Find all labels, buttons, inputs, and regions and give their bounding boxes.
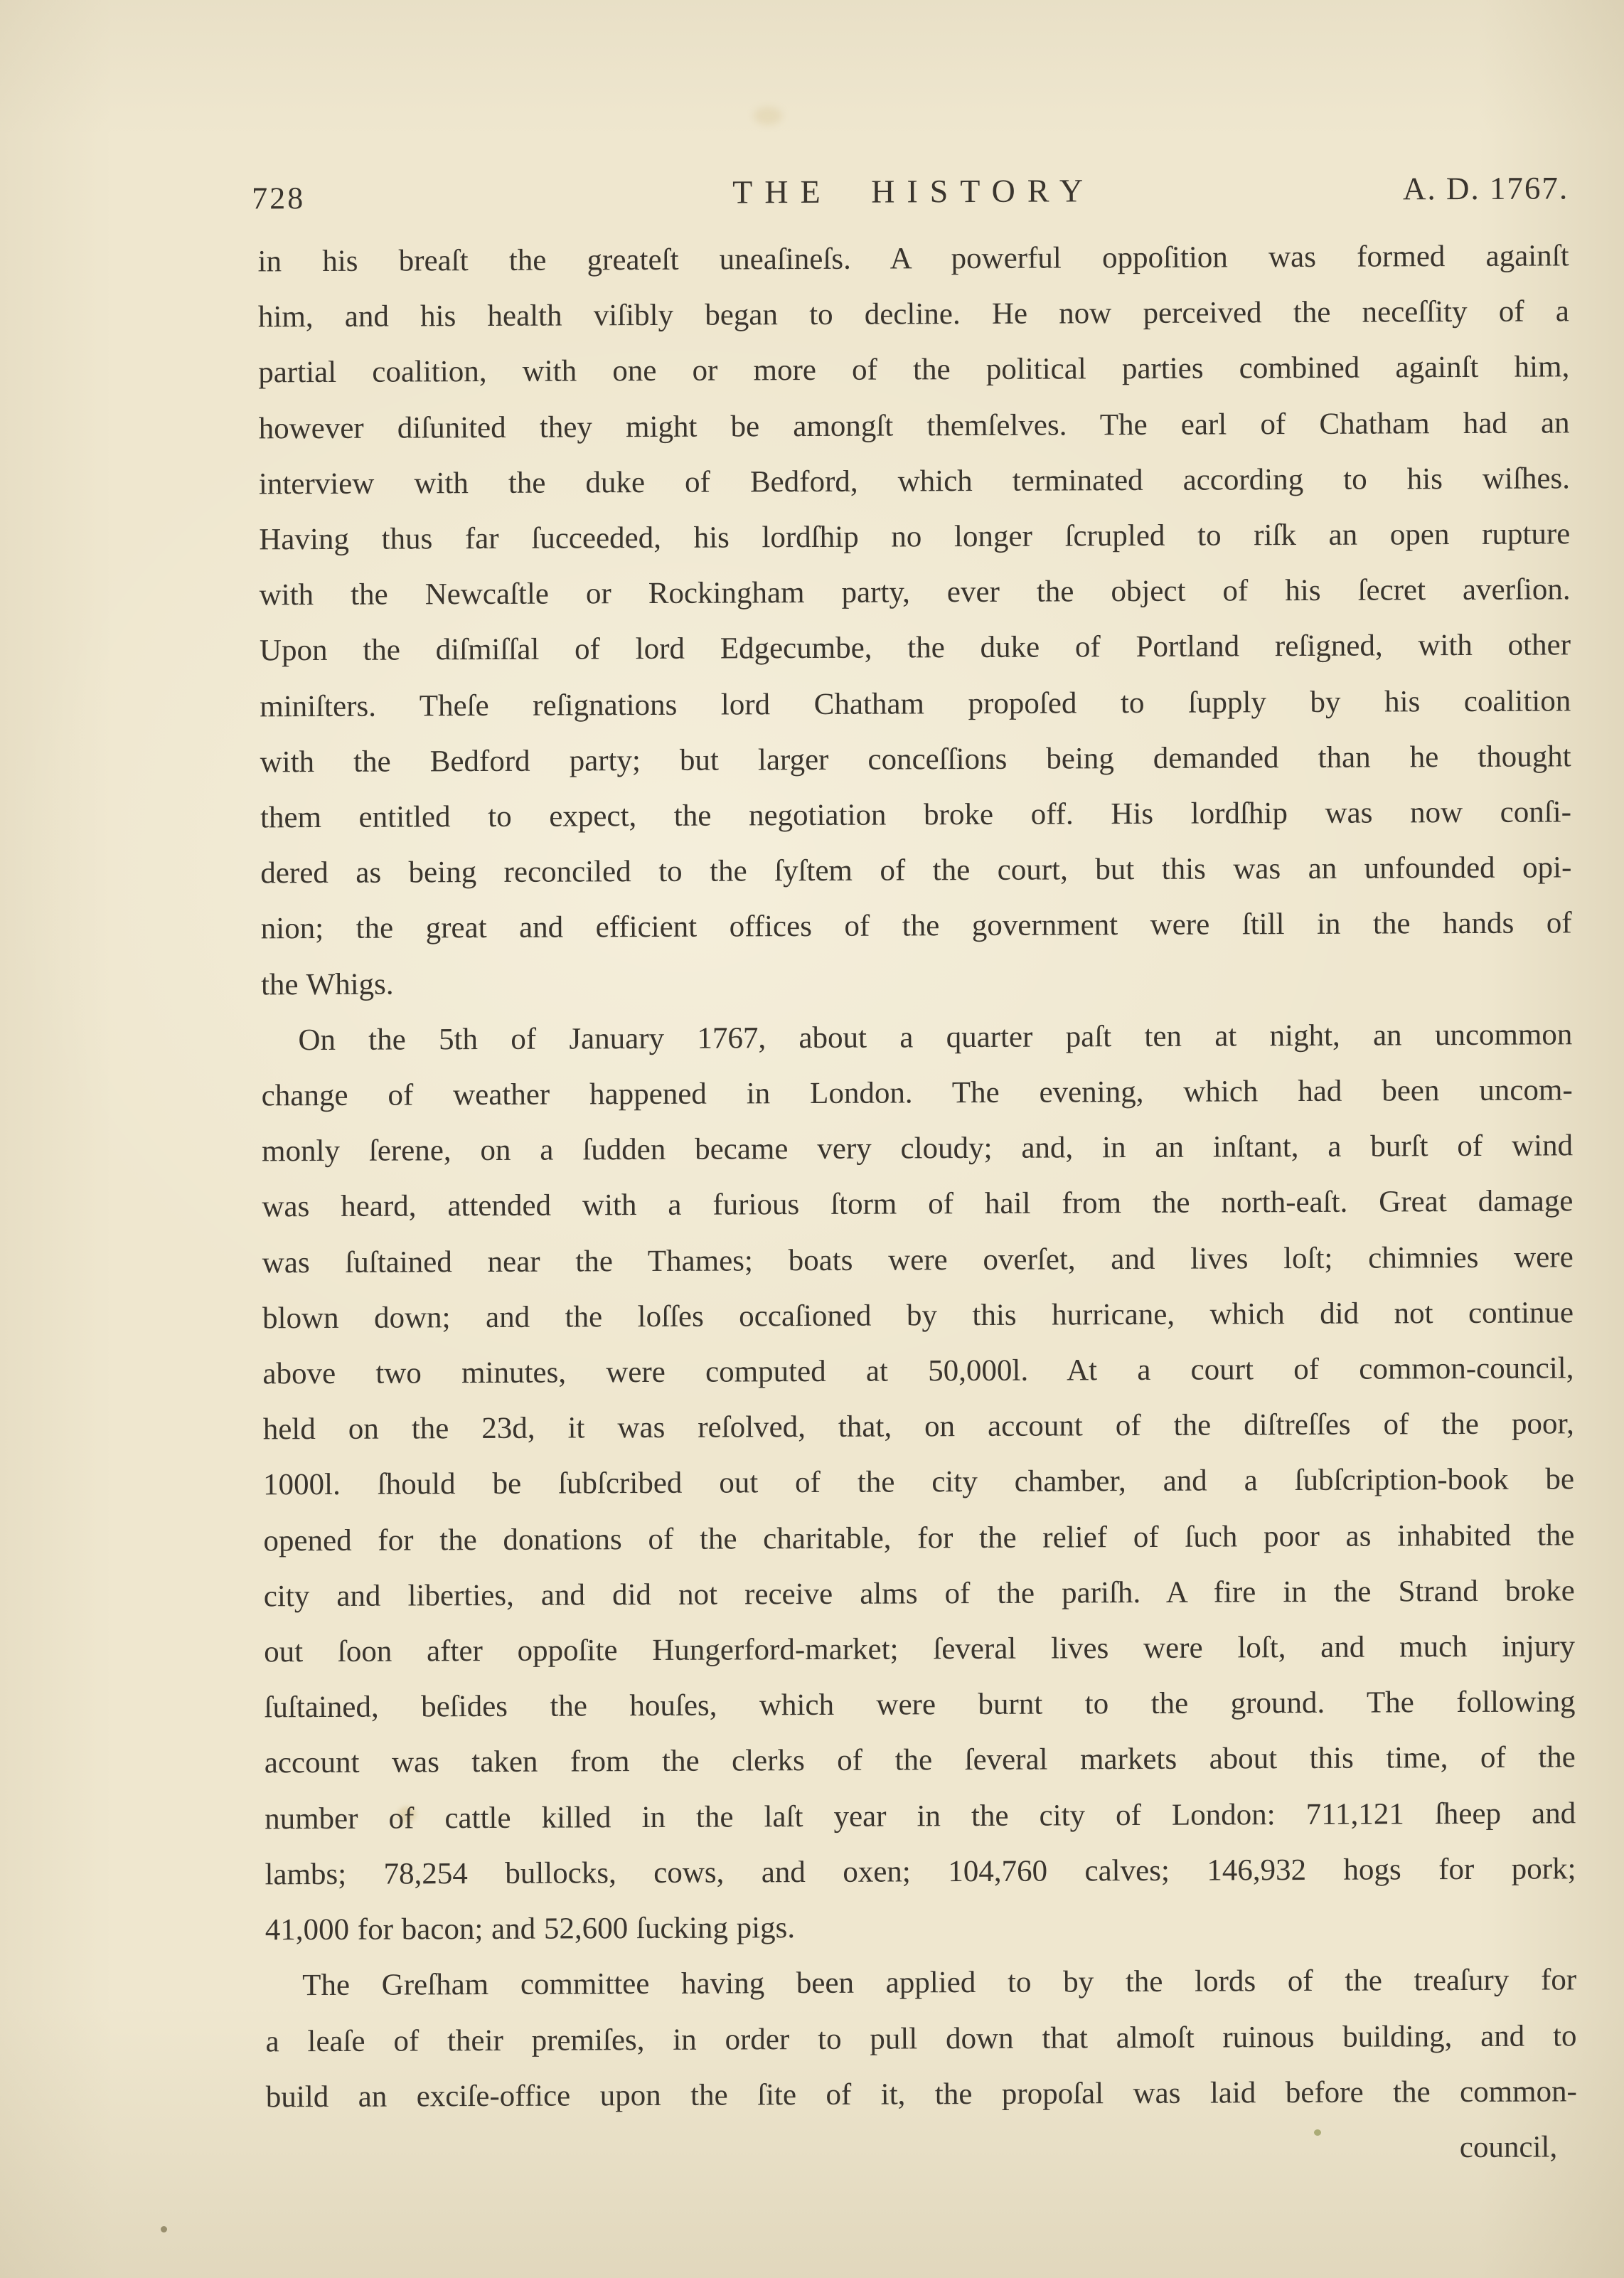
text-line: with the Newcaſtle or Rockingham party, … (259, 563, 1570, 624)
text-line-paragraph-start: The Greſham committee having been applie… (265, 1953, 1576, 2014)
text-line: partial coalition, with one or more of t… (258, 340, 1569, 401)
text-line: number of cattle killed in the laſt year… (265, 1786, 1576, 1847)
text-line: monly ſerene, on a ſudden became very cl… (262, 1119, 1573, 1180)
catchword: council, (266, 2119, 1577, 2181)
text-line: account was taken from the clerks of the… (265, 1730, 1576, 1792)
text-line: him, and his health viſibly began to dec… (258, 284, 1569, 346)
text-line: in his breaſt the greateſt uneaſineſs. A… (257, 228, 1569, 289)
text-line: held on the 23d, it was reſolved, that, … (263, 1397, 1574, 1458)
text-line: blown down; and the loſſes occaſioned by… (262, 1285, 1574, 1346)
text-line: out ſoon after oppoſite Hungerford-marke… (264, 1619, 1575, 1680)
text-line: with the Bedford party; but larger conce… (260, 729, 1571, 790)
text-line-paragraph-end: the Whigs. (261, 952, 1572, 1013)
text-line: build an exciſe-office upon the ſite of … (266, 2064, 1577, 2125)
text-line: city and liberties, and did not receive … (264, 1563, 1575, 1624)
text-line: lambs; 78,254 bullocks, cows, and oxen; … (265, 1841, 1576, 1902)
date-heading: A. D. 1767. (1403, 169, 1569, 207)
text-line: change of weather happened in London. Th… (262, 1063, 1573, 1124)
running-title: THE HISTORY (259, 169, 1569, 213)
text-line: above two minutes, were computed at 50,0… (262, 1341, 1574, 1402)
text-line: Having thus far ſucceeded, his lordſhip … (259, 506, 1570, 568)
text-line: them entitled to expect, the negotiation… (260, 784, 1571, 846)
text-line: Upon the diſmiſſal of lord Edgecumbe, th… (260, 618, 1571, 679)
page-content: 728 THE HISTORY A. D. 1767. in his breaſ… (0, 0, 1624, 2278)
text-line-paragraph-end: 41,000 for bacon; and 52,600 ſucking pig… (265, 1897, 1576, 1958)
text-line-paragraph-start: On the 5th of January 1767, about a quar… (261, 1007, 1572, 1068)
text-line: was heard, attended with a furious ſtorm… (262, 1174, 1573, 1235)
book-page-scan: 728 THE HISTORY A. D. 1767. in his breaſ… (0, 0, 1624, 2278)
text-line: interview with the duke of Bedford, whic… (259, 451, 1570, 512)
page-header: 728 THE HISTORY A. D. 1767. (0, 0, 1619, 4)
text-line: nion; the great and efficient offices of… (261, 896, 1572, 957)
text-block: in his breaſt the greateſt uneaſineſs. A… (257, 228, 1577, 2181)
text-line: opened for the donations of the charitab… (263, 1508, 1574, 1569)
text-line: was ſuſtained near the Thames; boats wer… (262, 1230, 1574, 1291)
text-line: ſuſtained, beſides the houſes, which wer… (264, 1675, 1575, 1736)
text-line: 1000l. ſhould be ſubſcribed out of the c… (263, 1452, 1574, 1513)
text-line: dered as being reconciled to the ſyſtem … (260, 841, 1571, 902)
text-line: a leaſe of their premiſes, in order to p… (265, 2008, 1576, 2070)
text-line: miniſters. Theſe reſignations lord Chath… (260, 674, 1571, 735)
text-line: however diſunited they might be amongſt … (258, 395, 1569, 457)
